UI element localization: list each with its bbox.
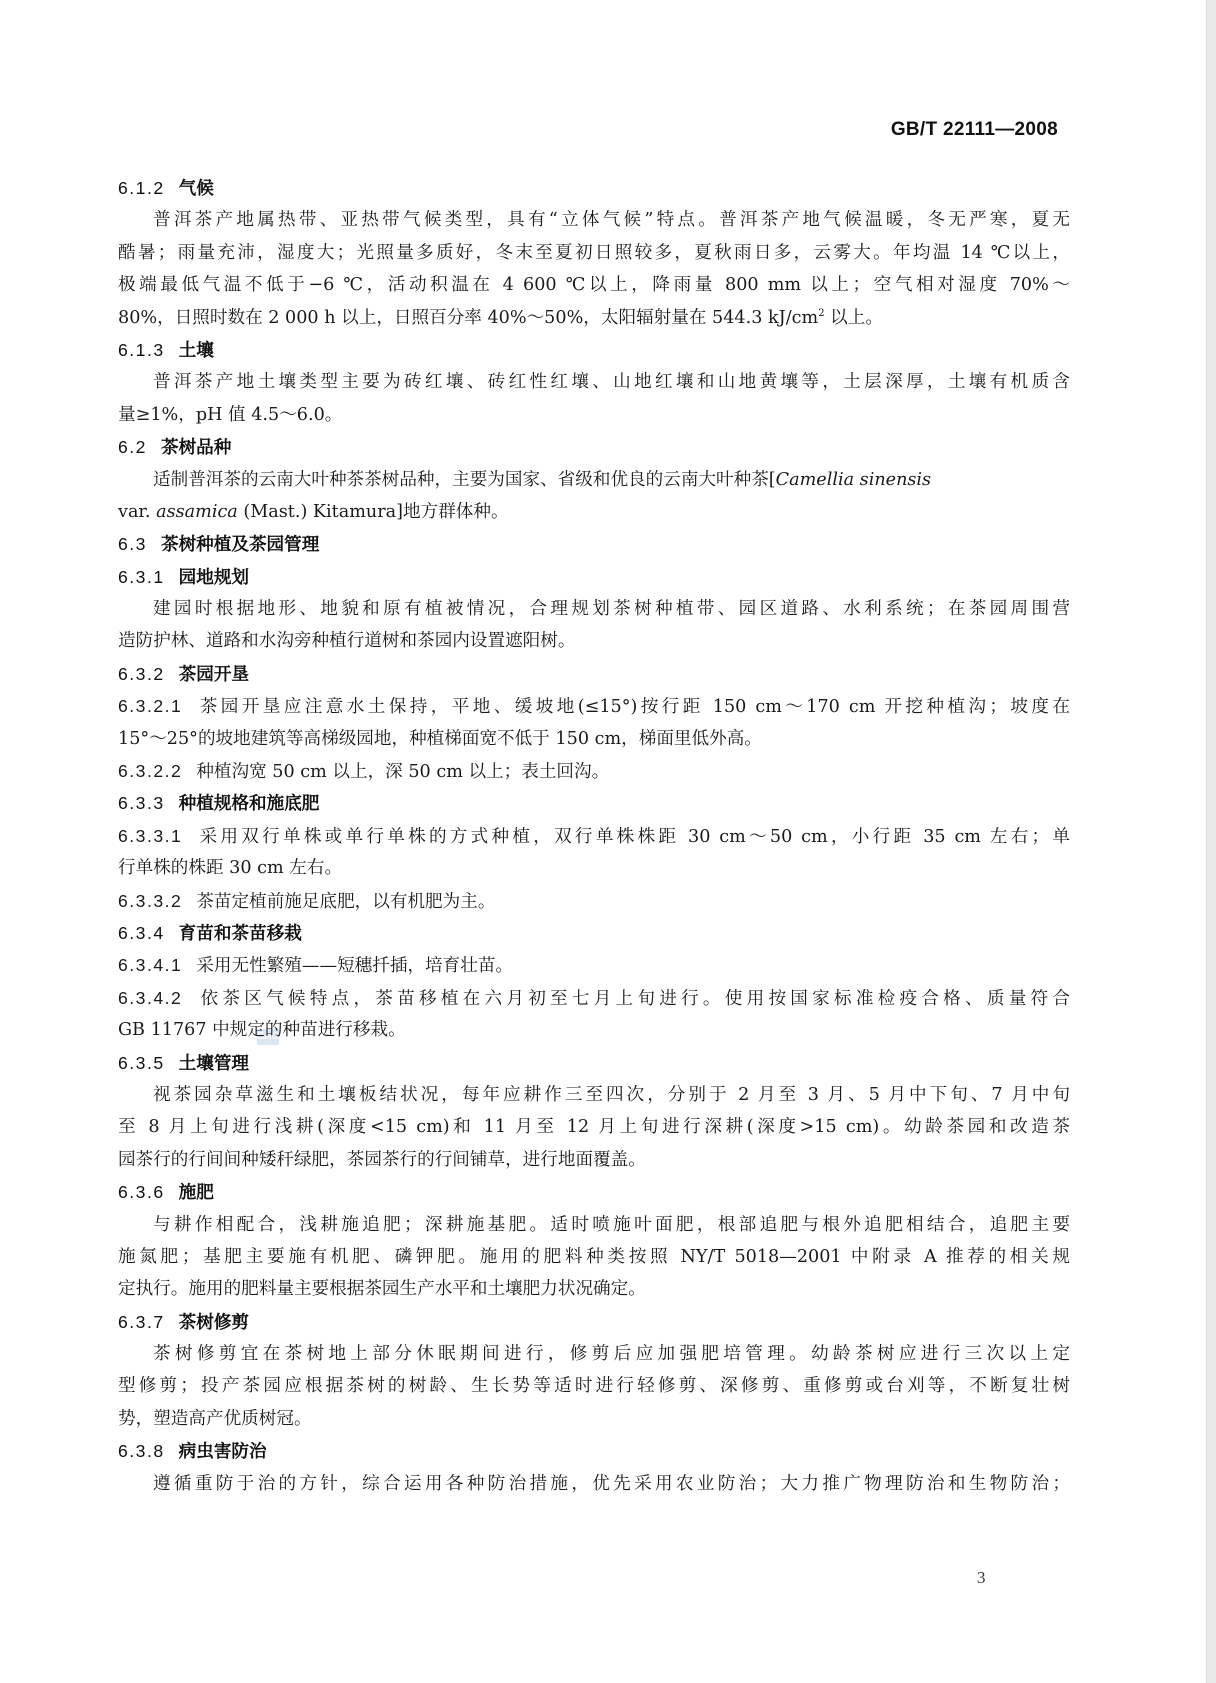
- text-run: 茶园开垦应注意水土保持，平地、缓坡地(≤15°)按行距 150 cm～170 c…: [196, 697, 1070, 717]
- section-number: 6.3.2: [118, 658, 165, 690]
- section-number: 6.1.2: [118, 172, 165, 204]
- section-number: 6.3.4: [118, 917, 165, 949]
- clause-6-3-2-1: 6.3.2.1茶园开垦应注意水土保持，平地、缓坡地(≤15°)按行距 150 c…: [118, 690, 1070, 722]
- section-title: 茶园开垦: [179, 664, 249, 684]
- paragraph-line: GB 11767 中规定的种苗进行移栽。: [118, 1014, 1070, 1046]
- paragraph-line: 普洱茶产地属热带、亚热带气候类型，具有“立体气候”特点。普洱茶产地气候温暖，冬无…: [118, 204, 1070, 236]
- paragraph-line: 极端最低气温不低于−6 ℃，活动积温在 4 600 ℃以上，降雨量 800 mm…: [118, 269, 1070, 301]
- section-title: 种植规格和施底肥: [179, 793, 320, 813]
- clause-6-3-3-1: 6.3.3.1采用双行单株或单行单株的方式种植，双行单株株距 30 cm～50 …: [118, 820, 1070, 852]
- paragraph-line: 15°～25°的坡地建筑等高梯级园地，种植梯面宽不低于 150 cm，梯面里低外…: [118, 723, 1070, 755]
- section-number: 6.3.1: [118, 561, 165, 593]
- paragraph-line: 与耕作相配合，浅耕施追肥；深耕施基肥。适时喷施叶面肥，根部追肥与根外追肥相结合，…: [118, 1209, 1070, 1241]
- section-title: 茶树品种: [161, 437, 231, 457]
- paragraph-line: 遵循重防于治的方针，综合运用各种防治措施，优先采用农业防治；大力推广物理防治和生…: [118, 1468, 1070, 1500]
- paragraph-line: 适制普洱茶的云南大叶种茶茶树品种，主要为国家、省级和优良的云南大叶种茶[Came…: [118, 464, 1070, 496]
- paragraph-line: 行单株的株距 30 cm 左右。: [118, 852, 1070, 884]
- paragraph-line: 普洱茶产地土壤类型主要为砖红壤、砖红性红壤、山地红壤和山地黄壤等，土层深厚，土壤…: [118, 366, 1070, 398]
- clause-number: 6.3.3.2: [118, 885, 182, 917]
- section-title: 茶树种植及茶园管理: [161, 534, 319, 554]
- section-heading-6-3: 6.3茶树种植及茶园管理: [118, 528, 1070, 560]
- clause-6-3-4-1: 6.3.4.1采用无性繁殖——短穗扦插，培育壮苗。: [118, 949, 1070, 981]
- section-heading-6-2: 6.2茶树品种: [118, 431, 1070, 463]
- text-run: 80%，日照时数在 2 000 h 以上，日照百分率 40%～50%，太阳辐射量…: [118, 308, 818, 328]
- clause-number: 6.3.2.2: [118, 755, 182, 787]
- section-title: 土壤: [179, 340, 214, 360]
- paragraph-line: 造防护林、道路和水沟旁种植行道树和茶园内设置遮阳树。: [118, 625, 1070, 657]
- clause-number: 6.3.4.1: [118, 949, 182, 981]
- section-title: 气候: [179, 178, 214, 198]
- text-run: 采用双行单株或单行单株的方式种植，双行单株株距 30 cm～50 cm，小行距 …: [196, 827, 1070, 847]
- section-heading-6-3-6: 6.3.6施肥: [118, 1176, 1070, 1208]
- section-heading-6-3-8: 6.3.8病虫害防治: [118, 1435, 1070, 1467]
- standard-code-header: GB/T 22111—2008: [891, 119, 1058, 141]
- section-number: 6.1.3: [118, 334, 165, 366]
- text-run: 以上。: [825, 308, 883, 328]
- variety-name: assamica: [156, 502, 238, 522]
- section-heading-6-3-5: 6.3.5土壤管理: [118, 1047, 1070, 1079]
- viewer-scrollbar-track[interactable]: [1206, 0, 1216, 1683]
- paragraph-line: 型修剪；投产茶园应根据茶树的树龄、生长势等适时进行轻修剪、深修剪、重修剪或台刈等…: [118, 1370, 1070, 1402]
- page-number: 3: [977, 1568, 986, 1588]
- section-heading-6-3-1: 6.3.1园地规划: [118, 561, 1070, 593]
- document-page: GB/T 22111—2008 SAC 6.1.2气候 普洱茶产地属热带、亚热带…: [0, 0, 1207, 1683]
- paragraph-line: 势，塑造高产优质树冠。: [118, 1403, 1070, 1435]
- section-heading-6-3-7: 6.3.7茶树修剪: [118, 1306, 1070, 1338]
- paragraph-line: 至 8 月上旬进行浅耕(深度<15 cm)和 11 月至 12 月上旬进行深耕(…: [118, 1111, 1070, 1143]
- section-number: 6.3.3: [118, 787, 165, 819]
- clause-number: 6.3.2.1: [118, 690, 182, 722]
- paragraph-line: 视茶园杂草滋生和土壤板结状况，每年应耕作三至四次，分别于 2 月至 3 月、5 …: [118, 1079, 1070, 1111]
- text-run: 种植沟宽 50 cm 以上，深 50 cm 以上；表土回沟。: [196, 762, 609, 782]
- section-number: 6.3.7: [118, 1306, 165, 1338]
- clause-6-3-3-2: 6.3.3.2茶苗定植前施足底肥，以有机肥为主。: [118, 885, 1070, 917]
- text-run: var.: [118, 502, 156, 522]
- clause-6-3-2-2: 6.3.2.2种植沟宽 50 cm 以上，深 50 cm 以上；表土回沟。: [118, 755, 1070, 787]
- section-title: 茶树修剪: [179, 1312, 249, 1332]
- text-run: (Mast.) Kitamura]地方群体种。: [238, 502, 509, 522]
- document-body: 6.1.2气候 普洱茶产地属热带、亚热带气候类型，具有“立体气候”特点。普洱茶产…: [118, 172, 1070, 1500]
- section-number: 6.3: [118, 528, 147, 560]
- section-heading-6-3-2: 6.3.2茶园开垦: [118, 658, 1070, 690]
- paragraph-line: 量≥1%，pH 值 4.5～6.0。: [118, 399, 1070, 431]
- paragraph-line: 定执行。施用的肥料量主要根据茶园生产水平和土壤肥力状况确定。: [118, 1273, 1070, 1305]
- section-heading-6-3-3: 6.3.3种植规格和施底肥: [118, 787, 1070, 819]
- section-title: 病虫害防治: [179, 1441, 267, 1461]
- section-title: 育苗和茶苗移栽: [179, 923, 302, 943]
- paragraph-line: 茶树修剪宜在茶树地上部分休眠期间进行，修剪后应加强肥培管理。幼龄茶树应进行三次以…: [118, 1338, 1070, 1370]
- section-title: 园地规划: [179, 567, 249, 587]
- section-number: 6.3.8: [118, 1435, 165, 1467]
- paragraph-line: var. assamica (Mast.) Kitamura]地方群体种。: [118, 496, 1070, 528]
- section-title: 施肥: [179, 1182, 214, 1202]
- section-title: 土壤管理: [179, 1053, 249, 1073]
- clause-number: 6.3.4.2: [118, 982, 182, 1014]
- clause-number: 6.3.3.1: [118, 820, 182, 852]
- paragraph-line: 80%，日照时数在 2 000 h 以上，日照百分率 40%～50%，太阳辐射量…: [118, 302, 1070, 334]
- text-run: 采用无性繁殖——短穗扦插，培育壮苗。: [196, 956, 513, 976]
- paragraph-line: 建园时根据地形、地貌和原有植被情况，合理规划茶树种植带、园区道路、水利系统；在茶…: [118, 593, 1070, 625]
- section-number: 6.3.6: [118, 1176, 165, 1208]
- section-heading-6-1-2: 6.1.2气候: [118, 172, 1070, 204]
- text-run: 依茶区气候特点，茶苗移植在六月初至七月上旬进行。使用按国家标准检疫合格、质量符合: [196, 989, 1070, 1009]
- species-name: Camellia sinensis: [776, 470, 931, 490]
- text-run: 茶苗定植前施足底肥，以有机肥为主。: [196, 892, 495, 912]
- paragraph-line: 酷暑；雨量充沛，湿度大；光照量多质好，冬末至夏初日照较多，夏秋雨日多，云雾大。年…: [118, 237, 1070, 269]
- section-number: 6.2: [118, 431, 147, 463]
- section-number: 6.3.5: [118, 1047, 165, 1079]
- text-run: 适制普洱茶的云南大叶种茶茶树品种，主要为国家、省级和优良的云南大叶种茶[: [153, 470, 776, 490]
- section-heading-6-1-3: 6.1.3土壤: [118, 334, 1070, 366]
- section-heading-6-3-4: 6.3.4育苗和茶苗移栽: [118, 917, 1070, 949]
- paragraph-line: 园茶行的行间间种矮秆绿肥，茶园茶行的行间铺草，进行地面覆盖。: [118, 1144, 1070, 1176]
- paragraph-line: 施氮肥；基肥主要施有机肥、磷钾肥。施用的肥料种类按照 NY/T 5018—200…: [118, 1241, 1070, 1273]
- clause-6-3-4-2: 6.3.4.2依茶区气候特点，茶苗移植在六月初至七月上旬进行。使用按国家标准检疫…: [118, 982, 1070, 1014]
